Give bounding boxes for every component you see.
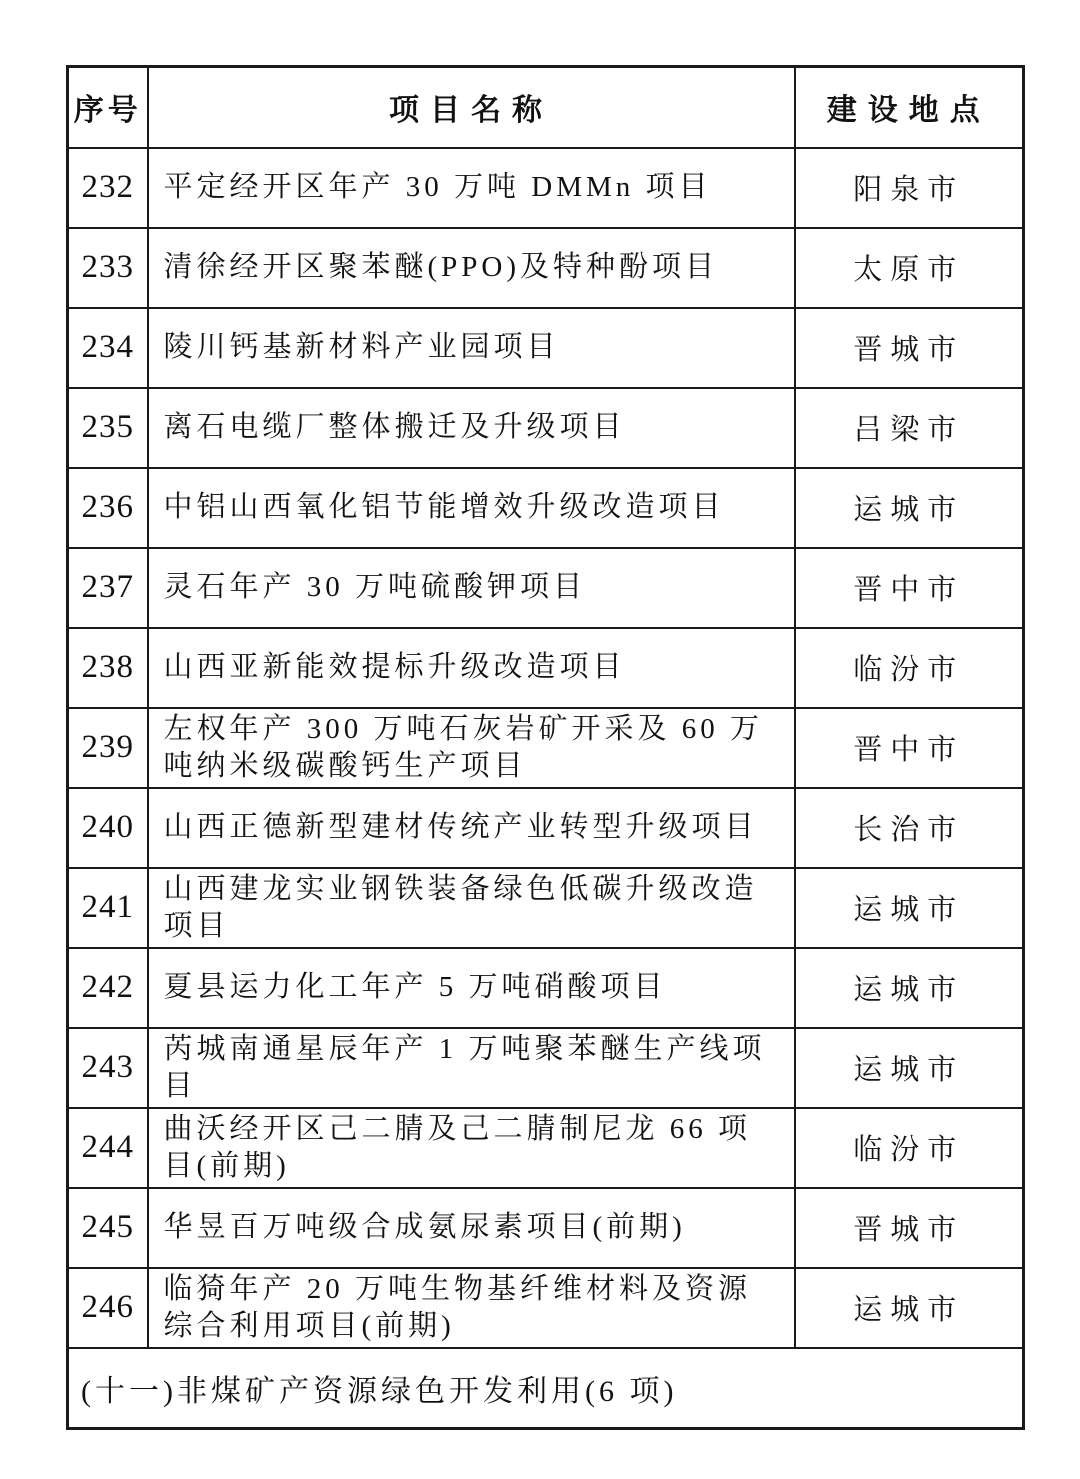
location-cell: 长治市: [795, 788, 1024, 868]
project-cell: 华昱百万吨级合成氨尿素项目(前期): [148, 1188, 795, 1268]
serial-cell: 236: [68, 468, 148, 548]
table-row: 232平定经开区年产 30 万吨 DMMn 项目阳泉市: [68, 148, 1024, 228]
project-cell: 陵川钙基新材料产业园项目: [148, 308, 795, 388]
table-row: 245华昱百万吨级合成氨尿素项目(前期)晋城市: [68, 1188, 1024, 1268]
location-cell: 晋中市: [795, 548, 1024, 628]
projects-table: 序号 项目名称 建设地点 232平定经开区年产 30 万吨 DMMn 项目阳泉市…: [66, 65, 1025, 1430]
project-cell: 夏县运力化工年产 5 万吨硝酸项目: [148, 948, 795, 1028]
serial-cell: 241: [68, 868, 148, 948]
table-row: 241山西建龙实业钢铁装备绿色低碳升级改造项目运城市: [68, 868, 1024, 948]
column-header-serial: 序号: [68, 67, 148, 148]
location-cell: 阳泉市: [795, 148, 1024, 228]
location-cell: 晋中市: [795, 708, 1024, 788]
project-cell: 平定经开区年产 30 万吨 DMMn 项目: [148, 148, 795, 228]
project-cell: 山西正德新型建材传统产业转型升级项目: [148, 788, 795, 868]
serial-cell: 235: [68, 388, 148, 468]
project-cell: 清徐经开区聚苯醚(PPO)及特种酚项目: [148, 228, 795, 308]
location-cell: 晋城市: [795, 1188, 1024, 1268]
serial-cell: 234: [68, 308, 148, 388]
table-row: 244曲沃经开区己二腈及己二腈制尼龙 66 项目(前期)临汾市: [68, 1108, 1024, 1188]
serial-cell: 245: [68, 1188, 148, 1268]
serial-cell: 240: [68, 788, 148, 868]
column-header-project: 项目名称: [148, 67, 795, 148]
table-row: 239左权年产 300 万吨石灰岩矿开采及 60 万吨纳米级碳酸钙生产项目晋中市: [68, 708, 1024, 788]
serial-cell: 239: [68, 708, 148, 788]
project-cell: 中铝山西氧化铝节能增效升级改造项目: [148, 468, 795, 548]
serial-cell: 233: [68, 228, 148, 308]
location-cell: 运城市: [795, 1268, 1024, 1348]
serial-cell: 237: [68, 548, 148, 628]
location-cell: 晋城市: [795, 308, 1024, 388]
serial-cell: 238: [68, 628, 148, 708]
document-page: 序号 项目名称 建设地点 232平定经开区年产 30 万吨 DMMn 项目阳泉市…: [0, 0, 1080, 1479]
serial-cell: 232: [68, 148, 148, 228]
table-row: 235离石电缆厂整体搬迁及升级项目吕梁市: [68, 388, 1024, 468]
project-cell: 左权年产 300 万吨石灰岩矿开采及 60 万吨纳米级碳酸钙生产项目: [148, 708, 795, 788]
location-cell: 吕梁市: [795, 388, 1024, 468]
location-cell: 临汾市: [795, 1108, 1024, 1188]
project-cell: 芮城南通星辰年产 1 万吨聚苯醚生产线项目: [148, 1028, 795, 1108]
serial-cell: 246: [68, 1268, 148, 1348]
project-cell: 曲沃经开区己二腈及己二腈制尼龙 66 项目(前期): [148, 1108, 795, 1188]
table-row: 242夏县运力化工年产 5 万吨硝酸项目运城市: [68, 948, 1024, 1028]
location-cell: 临汾市: [795, 628, 1024, 708]
table-row: 237灵石年产 30 万吨硫酸钾项目晋中市: [68, 548, 1024, 628]
section-footer-label: (十一)非煤矿产资源绿色开发利用(6 项): [68, 1348, 1024, 1429]
table-body: 232平定经开区年产 30 万吨 DMMn 项目阳泉市233清徐经开区聚苯醚(P…: [68, 148, 1024, 1348]
serial-cell: 242: [68, 948, 148, 1028]
table-row: 238山西亚新能效提标升级改造项目临汾市: [68, 628, 1024, 708]
project-cell: 临猗年产 20 万吨生物基纤维材料及资源综合利用项目(前期): [148, 1268, 795, 1348]
column-header-location: 建设地点: [795, 67, 1024, 148]
location-cell: 运城市: [795, 868, 1024, 948]
serial-cell: 244: [68, 1108, 148, 1188]
project-cell: 离石电缆厂整体搬迁及升级项目: [148, 388, 795, 468]
table-row: 233清徐经开区聚苯醚(PPO)及特种酚项目太原市: [68, 228, 1024, 308]
project-cell: 山西建龙实业钢铁装备绿色低碳升级改造项目: [148, 868, 795, 948]
table-row: 236中铝山西氧化铝节能增效升级改造项目运城市: [68, 468, 1024, 548]
location-cell: 太原市: [795, 228, 1024, 308]
table-row: 240山西正德新型建材传统产业转型升级项目长治市: [68, 788, 1024, 868]
project-cell: 灵石年产 30 万吨硫酸钾项目: [148, 548, 795, 628]
location-cell: 运城市: [795, 468, 1024, 548]
table-row: 243芮城南通星辰年产 1 万吨聚苯醚生产线项目运城市: [68, 1028, 1024, 1108]
serial-cell: 243: [68, 1028, 148, 1108]
header-row: 序号 项目名称 建设地点: [68, 67, 1024, 148]
location-cell: 运城市: [795, 1028, 1024, 1108]
table-row: 246临猗年产 20 万吨生物基纤维材料及资源综合利用项目(前期)运城市: [68, 1268, 1024, 1348]
section-footer-row: (十一)非煤矿产资源绿色开发利用(6 项): [68, 1348, 1024, 1429]
table-row: 234陵川钙基新材料产业园项目晋城市: [68, 308, 1024, 388]
location-cell: 运城市: [795, 948, 1024, 1028]
project-cell: 山西亚新能效提标升级改造项目: [148, 628, 795, 708]
